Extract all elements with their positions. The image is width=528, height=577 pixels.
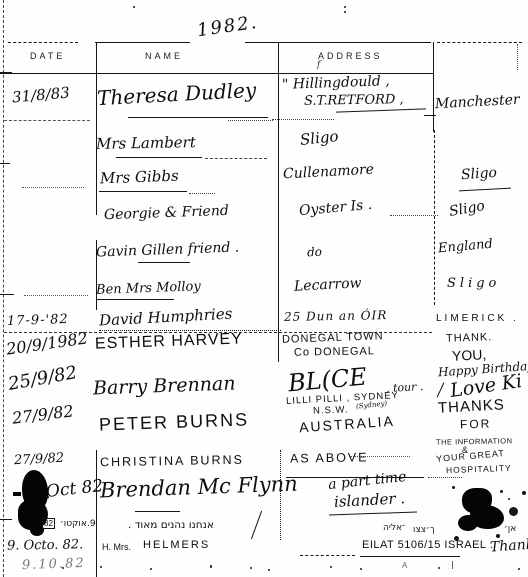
signature-underline [189,193,215,194]
entry-margin-note: Thank you [490,535,528,554]
ink-speck [438,567,440,569]
entry-address-ditto: do [307,246,323,259]
signature-underline [116,157,202,158]
signature-underline [99,191,187,192]
faint-stray-letter: A [402,562,407,570]
column-header-address: ADDRESS [318,52,383,61]
entry-underline [428,477,462,478]
entry-margin-note: Manchester [435,93,520,111]
entry-address: Oyster Is . [299,198,373,218]
entry-date: 17-9-'82 [7,313,69,328]
margin-note-for: FOR [460,417,492,430]
signature-underline [128,117,268,118]
entry-name-signature: Barry Brennan [93,375,236,399]
address-margin-divider [434,130,435,305]
entry-name-signature: David Humphries [99,307,233,329]
date-name-divider [96,42,97,215]
entry-name-signature: Ben Mrs Molloy [96,280,201,297]
date-name-divider [96,450,97,577]
entry-address-line2: islander . [334,491,406,510]
left-tick [0,163,10,164]
ink-speck [344,11,346,13]
address-underline [336,108,426,112]
margin-note-information: THE INFORMATION [436,437,513,446]
entry-name-signature: Theresa Dudley [97,80,257,108]
entry-margin-note: LIMERICK . [436,314,519,324]
entry-address-scribble: (Sydney) [356,400,388,410]
margin-note-hospitality: HOSPITALITY [446,464,512,475]
entry-margin-note: Sligo [448,199,486,219]
hebrew-fragment: אן׳ [504,525,516,534]
entry-name-signature: ESTHER HARVEY [95,331,243,352]
entry-date-month-hebrew: אוקטו׳ [60,520,87,529]
table-top-line [8,42,78,43]
ink-speck [330,566,332,568]
table-top-line [245,42,431,43]
entry-address: AS ABOVE [290,451,369,465]
ink-splatter [452,486,455,489]
ink-blot [13,492,21,496]
ink-speck [250,567,252,569]
faint-rule [24,295,88,296]
faint-rule [424,115,436,116]
signature-underline [138,262,190,263]
entry-address: Cullenamore [283,163,375,182]
entry-address: 25 Dun an ÓIR [284,309,387,323]
address-underline [360,556,460,557]
signature-underline [205,158,267,159]
entry-address-line2: N.S.W. [313,405,349,416]
entry-address-line1: DONEGAL TOWN [282,331,384,346]
ink-speck [150,568,152,570]
left-tick [0,519,12,520]
column-header-date: DATE [30,52,65,61]
stray-ink-mark: f [317,61,320,70]
entry-name-signature: Mrs Lambert [96,135,196,152]
ink-speck [210,565,212,568]
entry-date: 20/9/1982 [5,330,88,357]
ink-speck [344,6,346,8]
faint-stray-tick [452,561,453,569]
hebrew-fragment: ־אליה [383,524,405,533]
entry-date-boxed-year: 82 [42,518,55,529]
entry-date: 31/8/83 [11,86,70,106]
margin-underline [459,188,511,192]
hebrew-fragment: ך׳צצו [413,526,435,535]
entry-name-signature: HELMERS [143,540,210,551]
entry-name-signature: Georgie & Friend [104,204,229,222]
ink-splatter [508,498,510,500]
entry-name-signature: PETER BURNS [99,410,250,433]
right-edge-dots [517,44,518,70]
entry-address-signature-scrawl: BL(CE [287,365,368,396]
ink-splatter [522,491,526,495]
entry-name-signature: Brendan Mc Flynn [100,474,298,502]
entry-date-day: .9 [87,520,96,529]
entry-address-line2: Co DONEGAL [294,346,375,358]
address-margin-divider [433,42,434,132]
trailing-dashes [390,215,438,216]
entry-address: Lecarrow [294,276,362,294]
guestbook-scan-page: { "document": { "title_year": "1982.", "… [0,0,528,577]
entry-date: 25/9/82 [7,364,78,394]
signature-underline [135,511,180,512]
left-page-border [3,0,4,577]
column-header-name: NAME [145,52,183,61]
ink-speck [62,567,64,569]
ink-blot [458,515,478,531]
entry-address: EILAT 5106/15 ISRAEL . [362,540,493,551]
signature-underline [96,299,174,300]
page-title-year: 1982. [196,14,259,40]
entry-address-line1: " Hillingdould , [282,74,390,92]
left-tick [0,294,14,295]
table-top-line [95,42,190,43]
entry-address: Sligo [299,129,339,148]
entry-date-faint: 9.10.82 [22,557,86,572]
ink-splatter [500,490,503,493]
ink-speck [360,568,362,570]
pen-slash [251,511,262,540]
ink-dot-large [509,507,518,516]
margin-note-you: YOU, [452,347,487,363]
name-address-divider [278,42,279,362]
entry-margin-note: Sligo [461,166,498,182]
signature-underline [99,330,281,331]
entry-name-signature: Gavin Gillen friend . [96,241,240,260]
entry-name-prefix: H. Mrs. [102,543,131,552]
address-underline [329,511,417,515]
ink-speck [268,569,270,571]
margin-note-thanks: THANKS [438,397,506,415]
ink-speck [518,568,520,570]
faint-rule [22,187,84,188]
table-top-line [437,42,522,43]
margin-note-thank: THANK. [446,332,493,345]
pen-slash [437,383,445,398]
entry-name-signature: CHRISTINA BURNS [100,454,244,469]
ink-speck [133,6,135,8]
leading-dashes [300,555,355,556]
entry-date: 27/9/82 [11,403,74,426]
entry-margin-note: Sligo [447,277,500,290]
entry-margin-note: England [438,238,494,256]
entry-date: 27/9/82 [14,452,65,468]
margin-note-your-great: YOUR GREAT [436,449,505,464]
entry-name-hebrew: . אנחנו נהנים מאוד [128,520,214,531]
entry-address-line3: AUSTRALIA [299,414,396,435]
faint-rule [228,120,273,121]
entry-address-line2: S.T.RETFORD , [304,93,404,108]
signature-underline [272,119,334,120]
ink-speck [100,566,102,568]
entry-date: 9. Octo. 82. [7,538,83,552]
entry-name-signature: Mrs Gibbs [100,169,179,187]
faint-rule [4,120,90,121]
ink-splatter [496,534,500,538]
